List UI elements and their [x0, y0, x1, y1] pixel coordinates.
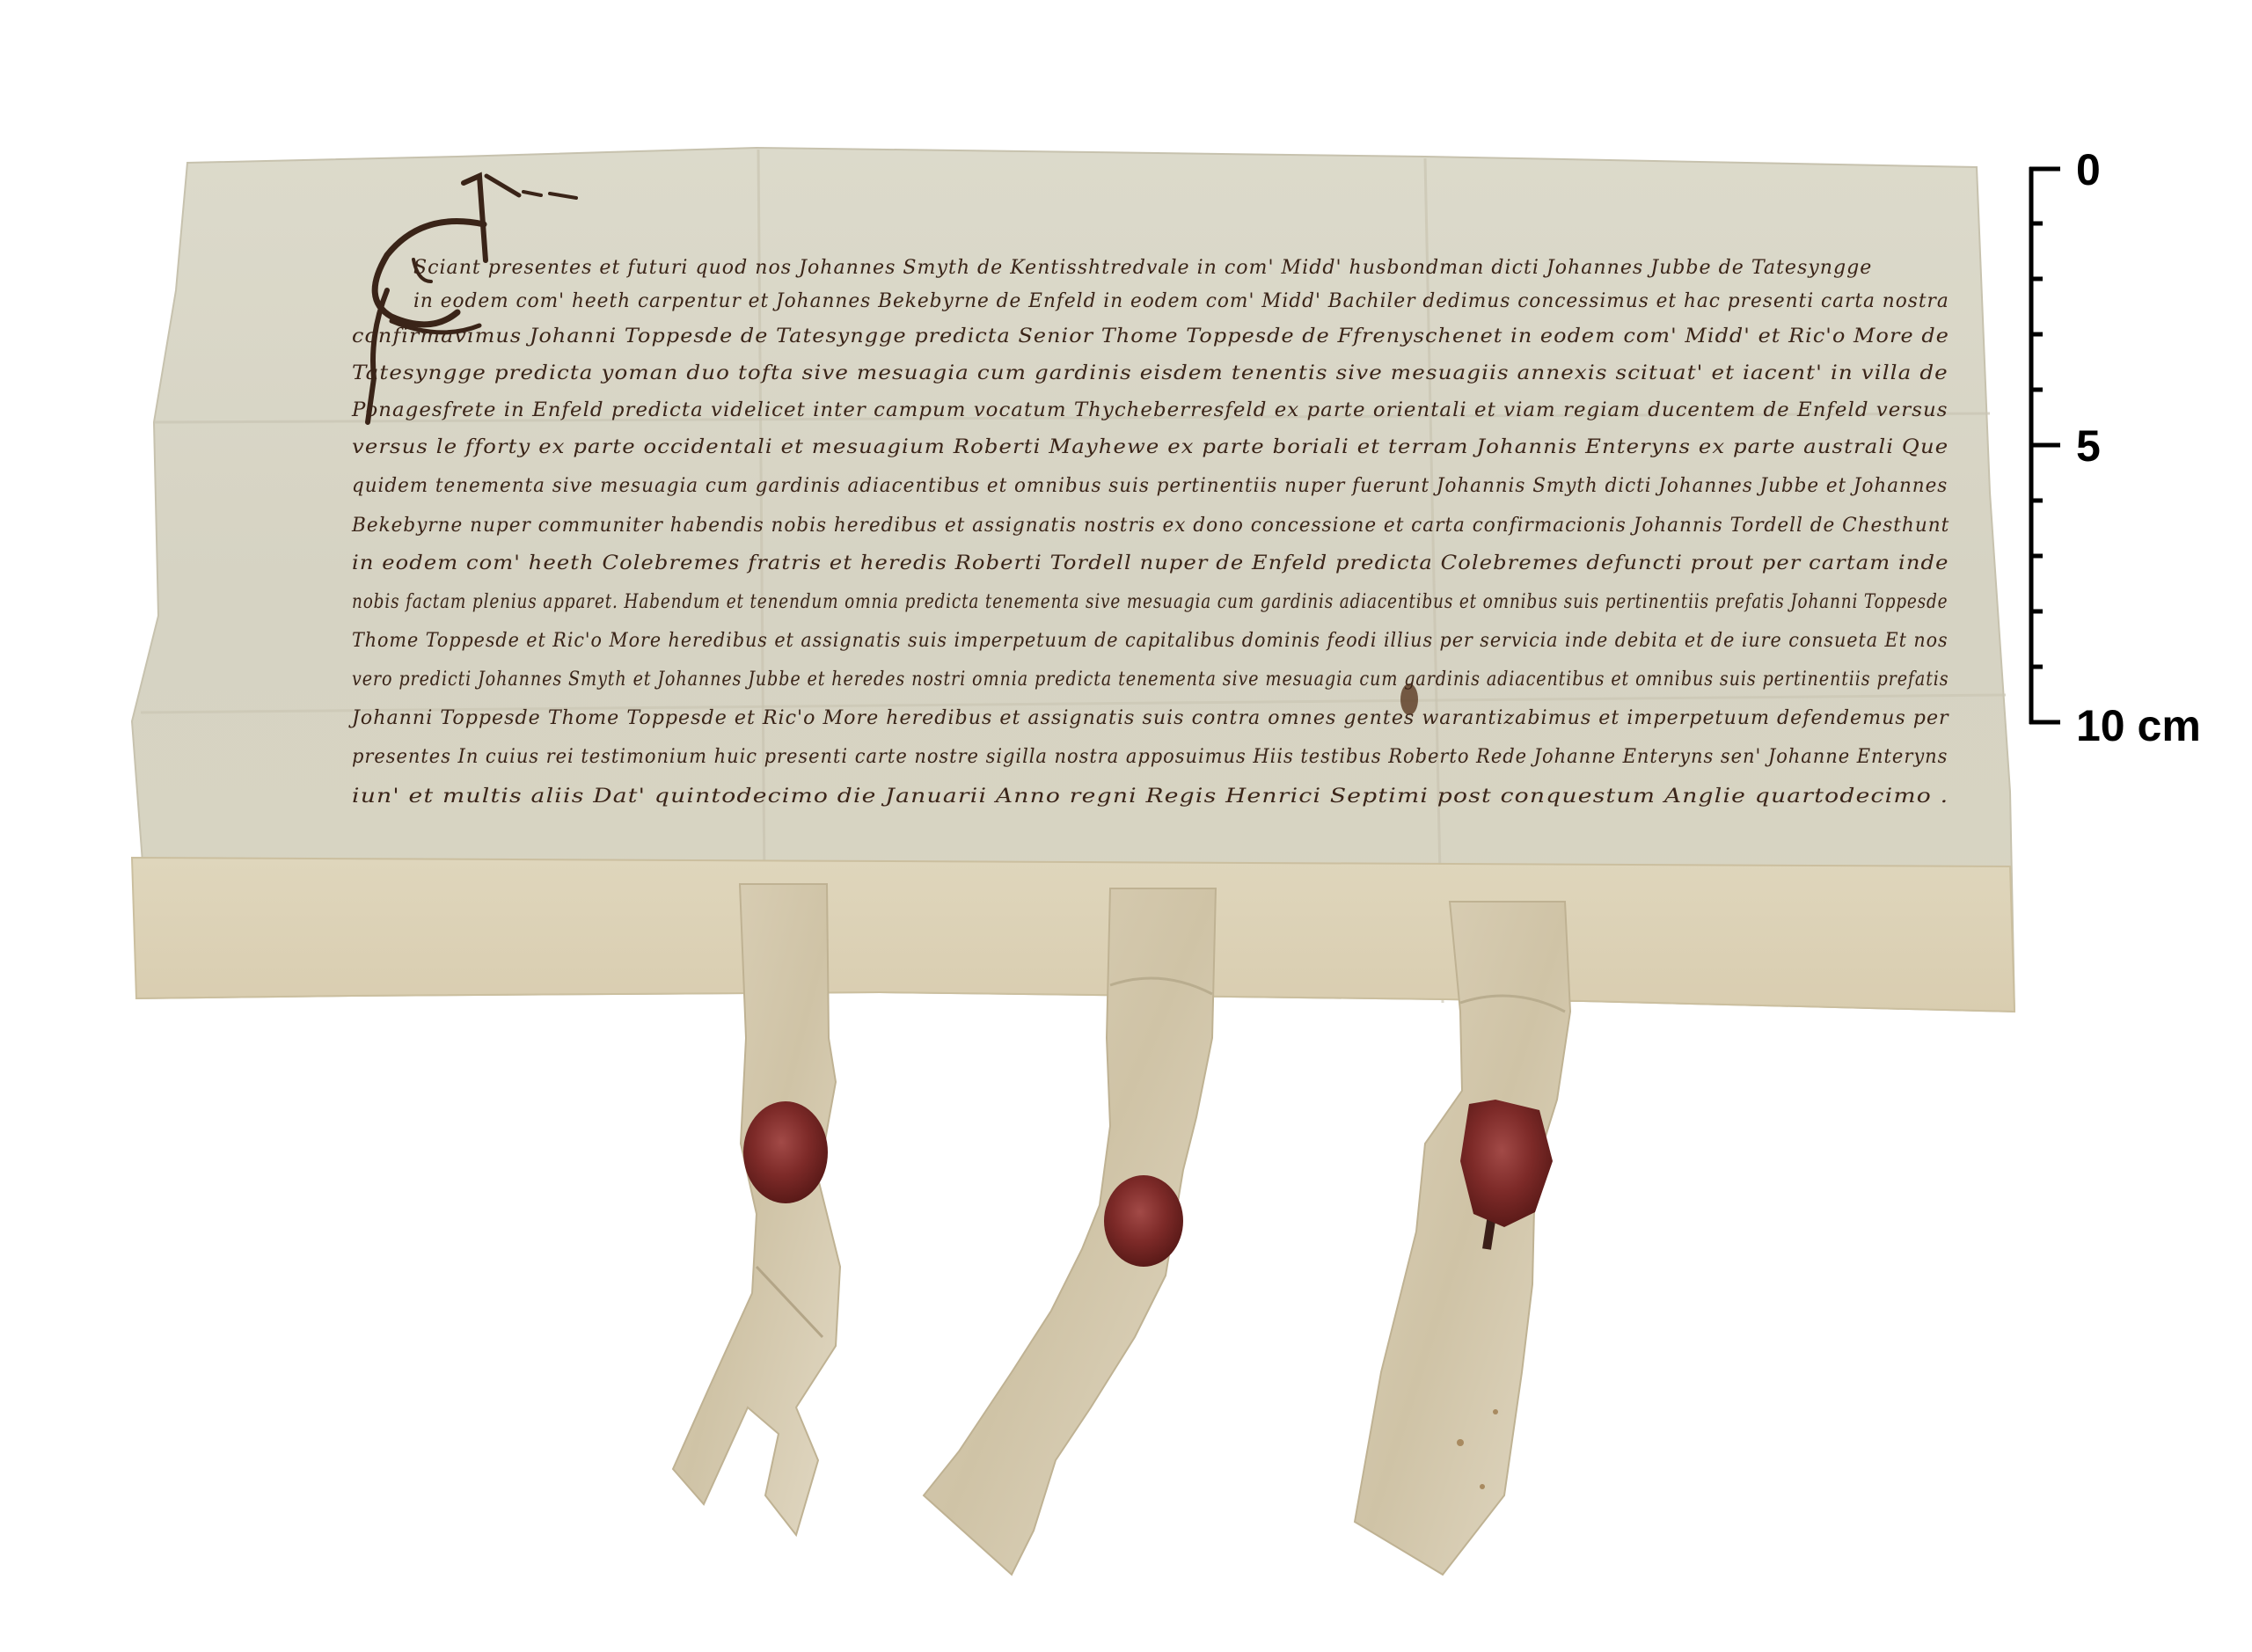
- text-line-1: Sciant presentes et futuri quod nos Joha…: [413, 257, 1949, 279]
- charter-illustration: [0, 0, 2252, 1652]
- text-line-15: iun' et multis aliis Dat' quintodecimo d…: [352, 786, 1949, 808]
- text-line-13: Johanni Toppesde Thome Toppesde et Ric'o…: [352, 707, 1949, 729]
- scale-label-0: 0: [2076, 148, 2101, 192]
- document-photograph: Sciant presentes et futuri quod nos Joha…: [0, 0, 2252, 1652]
- wax-seal-3: [1460, 1100, 1553, 1227]
- text-line-12: vero predicti Johannes Smyth et Johannes…: [352, 669, 1949, 691]
- text-line-5: Ponagesfrete in Enfeld predicta videlice…: [352, 399, 1948, 421]
- text-line-4: Tatesyngge predicta yoman duo tofta sive…: [352, 362, 1949, 384]
- scale-label-5: 5: [2076, 424, 2101, 468]
- wax-seal-2: [1104, 1175, 1183, 1267]
- text-line-3: confirmavimus Johanni Toppesde de Tatesy…: [352, 325, 1949, 347]
- text-line-8: Bekebyrne nuper communiter habendis nobi…: [352, 515, 1949, 537]
- text-line-14: presentes In cuius rei testimonium huic …: [352, 746, 1948, 768]
- text-line-7: quidem tenementa sive mesuagia cum gardi…: [352, 475, 1948, 497]
- scale-bar: [2029, 167, 2060, 724]
- text-line-9: in eodem com' heeth Colebremes fratris e…: [352, 552, 1949, 574]
- text-line-11: Thome Toppesde et Ric'o More heredibus e…: [352, 630, 1949, 652]
- scale-label-10: 10 cm: [2076, 704, 2201, 748]
- text-line-10: nobis factam plenius apparet. Habendum e…: [352, 591, 1948, 613]
- plica-turnup: [132, 858, 2014, 1012]
- text-line-6: versus le fforty ex parte occidentali et…: [352, 436, 1949, 458]
- seal-tag-3: [1355, 902, 1570, 1575]
- text-line-2: in eodem com' heeth carpentur et Johanne…: [413, 290, 1949, 312]
- wax-seal-1: [743, 1101, 828, 1203]
